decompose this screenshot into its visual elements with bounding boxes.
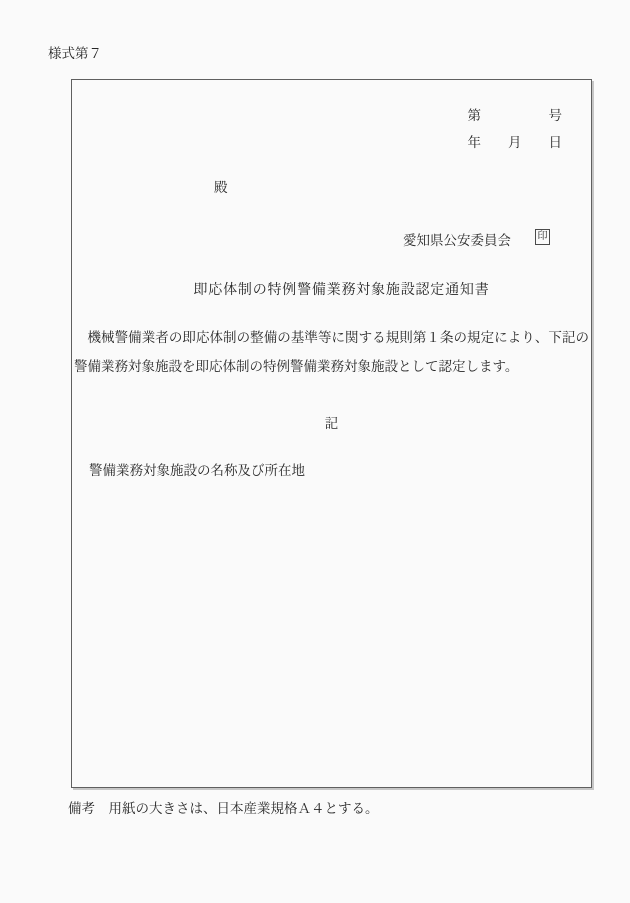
body-paragraph: 機械警備業者の即応体制の整備の基準等に関する規則第１条の規定により、下記の警備業… bbox=[74, 323, 589, 381]
document-page: 様式第７ 第 号 年 月 日 殿 愛知県公安委員会 印 即応体制の特例警備業務対… bbox=[0, 0, 630, 903]
remarks-note: 備考 用紙の大きさは、日本産業規格Ａ４とする。 bbox=[68, 797, 379, 817]
document-number-line: 第 号 bbox=[468, 104, 563, 124]
document-title: 即応体制の特例警備業務対象施設認定通知書 bbox=[92, 279, 591, 299]
record-heading: 記 bbox=[72, 412, 591, 432]
document-frame: 第 号 年 月 日 殿 愛知県公安委員会 印 即応体制の特例警備業務対象施設認定… bbox=[71, 79, 592, 788]
document-date-line: 年 月 日 bbox=[468, 131, 563, 151]
issuer-name: 愛知県公安委員会 bbox=[403, 229, 511, 249]
seal-icon: 印 bbox=[535, 229, 550, 245]
facility-name-location-label: 警備業務対象施設の名称及び所在地 bbox=[89, 459, 305, 479]
form-number-label: 様式第７ bbox=[48, 42, 102, 62]
addressee-honorific: 殿 bbox=[214, 176, 228, 196]
